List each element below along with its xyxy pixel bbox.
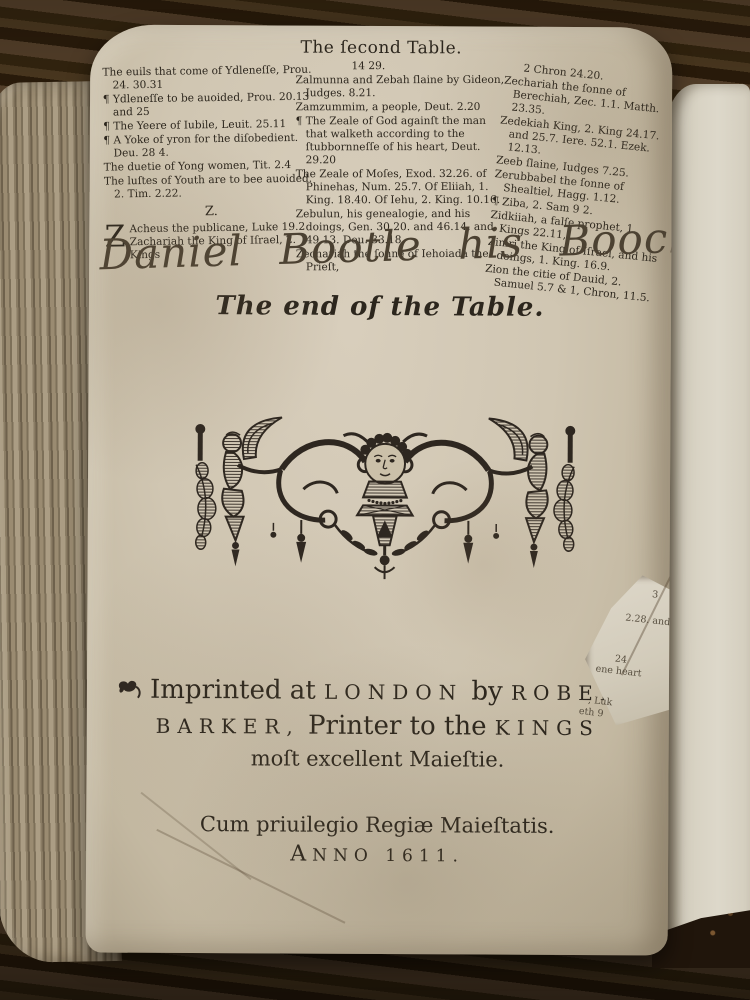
imprint-line-3: moſt excellent Maieſtie. xyxy=(87,742,669,775)
fleuron-icon xyxy=(114,677,144,701)
imprint-text: Printer to the xyxy=(308,711,487,742)
show-through-text-fragment: 2.28. and xyxy=(625,612,671,628)
next-page-edge xyxy=(666,84,750,958)
index-entry: ¶ A Yoke of yron for the diſobedient. De… xyxy=(103,132,317,161)
show-through-text-fragment: ene heart xyxy=(595,663,642,679)
index-entry: ¶ Ydleneſſe to be auoided, Prou. 20.13 a… xyxy=(103,91,317,120)
end-of-table-line: The end of the Table. xyxy=(89,290,671,323)
index-entry: Zamzummim, a people, Deut. 2.20 xyxy=(296,101,510,114)
index-entry: ¶ The Zeale of God againſt the man that … xyxy=(296,115,510,167)
imprint-printer-last-name: BARKER, xyxy=(156,714,300,739)
index-entry: Zalmunna and Zebah ſlaine by Gideon, Iud… xyxy=(296,74,510,100)
show-through-text-fragment: 24 xyxy=(614,653,627,665)
anno-year-line: ANNO 1611. xyxy=(86,840,668,868)
index-entry: The Zeale of Moſes, Exod. 32.26. of Phin… xyxy=(296,168,510,207)
section-letter-z: Z. xyxy=(104,204,318,220)
running-title: The ſecond Table. xyxy=(90,36,672,59)
index-entry: The euils that come of Ydleneſſe, Prou. … xyxy=(102,64,316,93)
book-page: The ſecond Table. The euils that come of… xyxy=(86,24,673,955)
index-entry: 14 29. xyxy=(296,60,510,73)
index-entry: The luſtes of Youth are to bee auoided. … xyxy=(104,173,318,202)
index-column-right: 2 Chron 24.20. Zechariah the ſonne of Be… xyxy=(483,61,672,307)
imprint-text: Imprinted at xyxy=(150,675,316,706)
woodcut-tailpiece-ornament-icon xyxy=(185,407,584,593)
imprint-city: LONDON xyxy=(324,680,463,705)
photo-of-open-book: The ſecond Table. The euils that come of… xyxy=(0,0,750,1000)
imprint-text: by xyxy=(471,676,503,706)
show-through-text-fragment: eth 9 xyxy=(578,706,604,720)
privilege-line: Cum priuilegio Regiæ Maieſtatis. xyxy=(86,810,668,839)
show-through-fragments: 3 2.28. and 24 ene heart , Luk eth 9 xyxy=(549,570,673,745)
show-through-text-fragment: 3 xyxy=(652,589,659,601)
